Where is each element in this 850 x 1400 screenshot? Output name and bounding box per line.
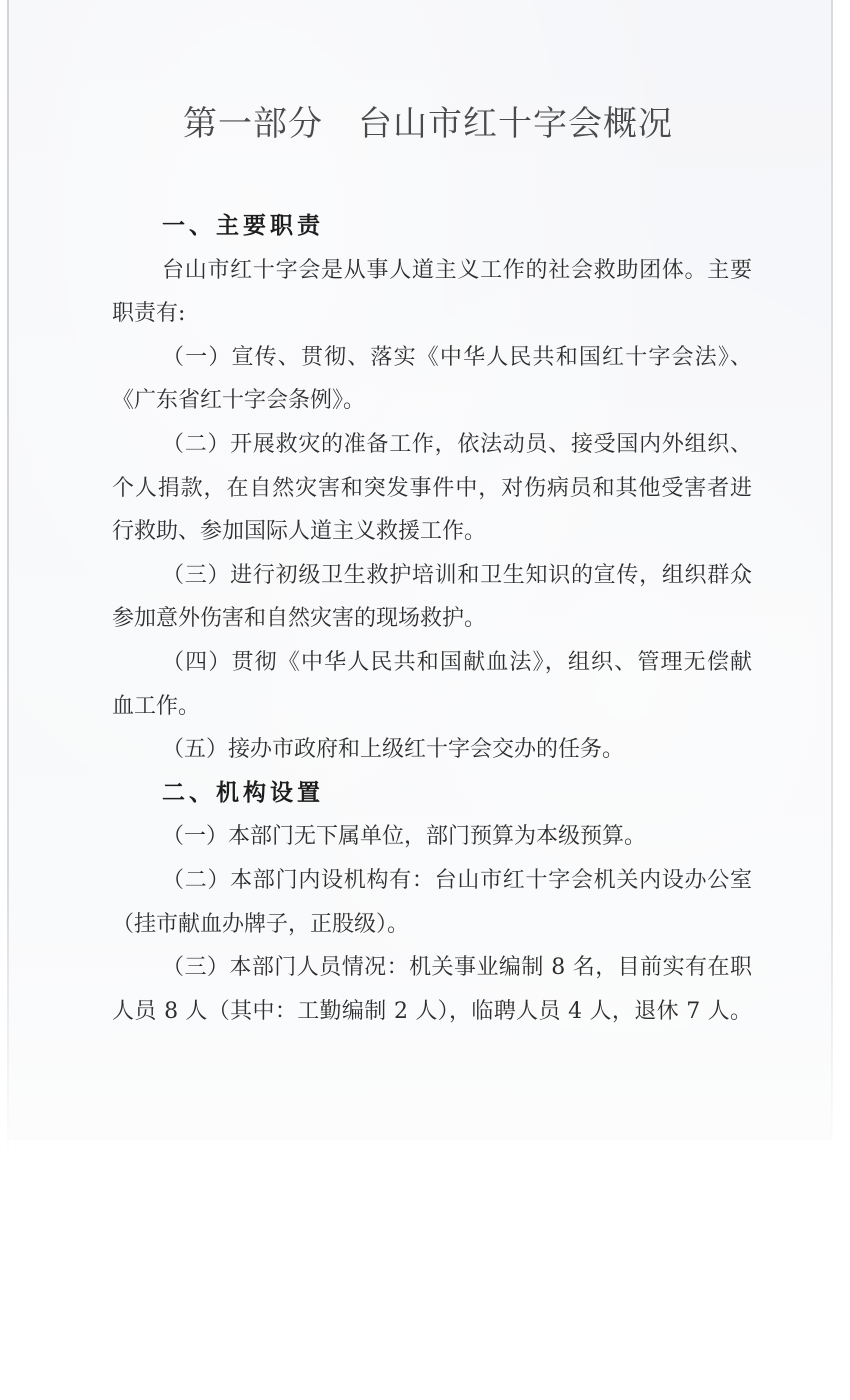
document-line: 个人捐款，在自然灾害和突发事件中，对伤病员和其他受害者进 (112, 467, 752, 511)
section-heading: 一、主要职责 (112, 205, 752, 249)
section-heading: 二、机构设置 (112, 772, 752, 816)
document-line: 《广东省红十字会条例》。 (112, 379, 752, 423)
document-line: 台山市红十字会是从事人道主义工作的社会救助团体。主要 (112, 249, 752, 293)
document-line: （二）本部门内设机构有：台山市红十字会机关内设办公室 (112, 859, 752, 903)
page-right-edge-line (831, 0, 833, 1152)
document-line: （二）开展救灾的准备工作，依法动员、接受国内外组织、 (112, 423, 752, 467)
document-line: 人员 8 人（其中：工勤编制 2 人），临聘人员 4 人，退休 7 人。 (112, 990, 752, 1034)
document-line: 参加意外伤害和自然灾害的现场救护。 (112, 597, 752, 641)
document-line: （一）宣传、贯彻、落实《中华人民共和国红十字会法》、 (112, 336, 752, 380)
document-body: 一、主要职责台山市红十字会是从事人道主义工作的社会救助团体。主要职责有:（一）宣… (112, 205, 752, 1033)
document-line: （挂市献血办牌子，正股级）。 (112, 903, 752, 947)
document-line: （三）进行初级卫生救护培训和卫生知识的宣传，组织群众 (112, 554, 752, 598)
document-line: 职责有: (112, 292, 752, 336)
document-line: （四）贯彻《中华人民共和国献血法》，组织、管理无偿献 (112, 641, 752, 685)
document-line: 行救助、参加国际人道主义救援工作。 (112, 510, 752, 554)
page-left-edge-line (7, 0, 9, 1162)
document-line: （三）本部门人员情况：机关事业编制 8 名，目前实有在职 (112, 946, 752, 990)
document-line: （一）本部门无下属单位，部门预算为本级预算。 (112, 815, 752, 859)
document-line: （五）接办市政府和上级红十字会交办的任务。 (112, 728, 752, 772)
document-viewer: 第一部分 台山市红十字会概况 一、主要职责台山市红十字会是从事人道主义工作的社会… (0, 0, 850, 1400)
document-title: 第一部分 台山市红十字会概况 (3, 96, 850, 145)
document-line: 血工作。 (112, 685, 752, 729)
